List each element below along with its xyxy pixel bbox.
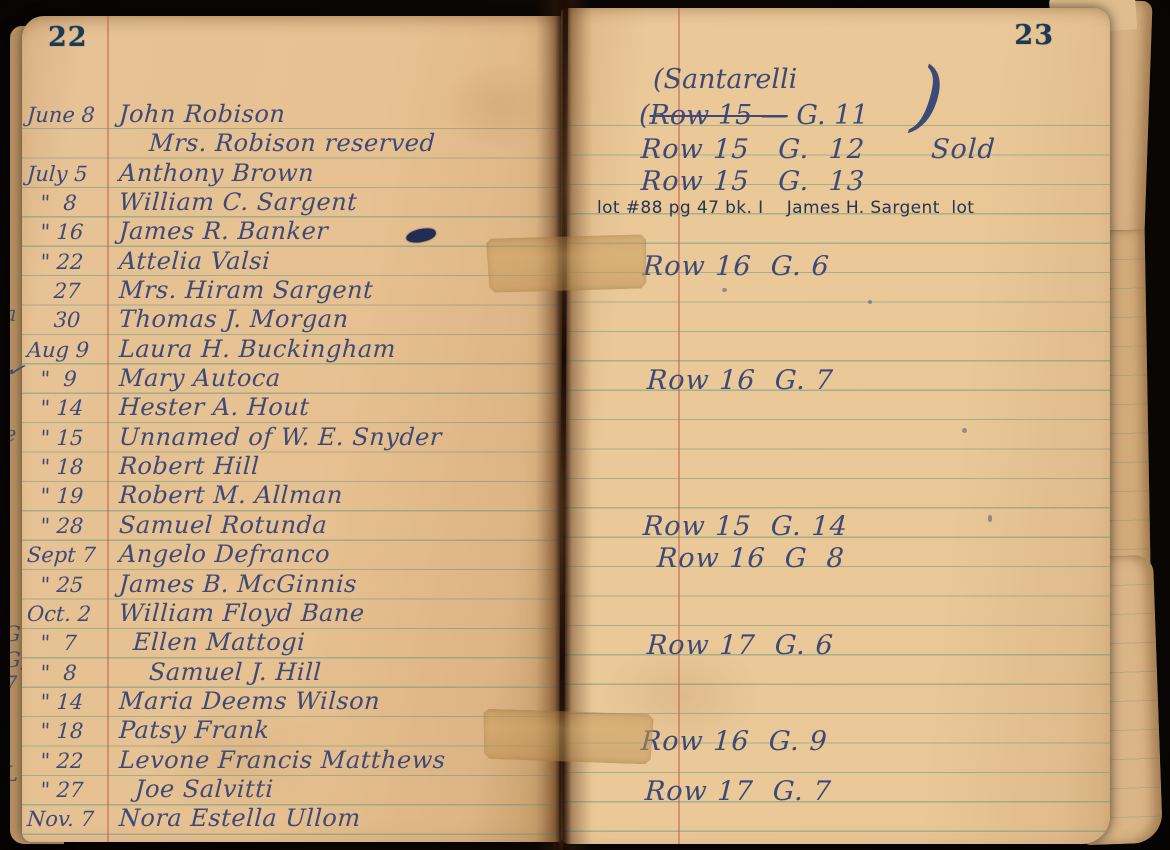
entry-name: Anthony Brown (118, 159, 315, 188)
ledger-row: " 15 Unnamed of W. E. Snyder (22, 423, 561, 452)
edge-fragment: L (10, 762, 18, 786)
ledger-row: " 28 Samuel Rotunda (22, 511, 561, 540)
ledger-row: " 9 Mary Autoca (22, 364, 561, 393)
plot-note: Row 16 G 8 (656, 543, 845, 574)
plot-note-suffix: Sold (930, 134, 996, 165)
entry-name: Thomas J. Morgan (118, 305, 349, 334)
entry-name: Angelo Defranco (118, 540, 331, 569)
entry-name: James B. McGinnis (118, 570, 358, 599)
edge-fragment: e (10, 422, 16, 446)
entry-name: Mrs. Hiram Sargent (118, 276, 374, 305)
ledger-row: " 22 Levone Francis Matthews (22, 746, 561, 775)
entry-date: " 8 (22, 189, 120, 218)
plot-note-text: Row 17 G. 7 (644, 776, 832, 807)
plot-note: Row 15 G. 12Sold (640, 134, 996, 165)
entry-name: Levone Francis Matthews (118, 746, 446, 775)
entry-name: William Floyd Bane (118, 599, 365, 628)
tape-repair-lower (482, 709, 653, 765)
ledger-row: " 19 Robert M. Allman (22, 481, 561, 510)
entry-date: July 5 (22, 160, 120, 189)
entry-date: " 27 (22, 776, 120, 805)
ledger-row: " 18 Patsy Frank (22, 716, 561, 745)
entry-date: Sept 7 (22, 541, 120, 570)
entry-date: " 22 (22, 248, 120, 277)
entry-name: Ellen Mattogi (118, 628, 306, 657)
entry-name: John Robison (118, 100, 286, 129)
ledger-row: " 8 Samuel J. Hill (22, 658, 561, 687)
ledger-row: 30 Thomas J. Morgan (22, 305, 561, 334)
ink-speck (962, 428, 967, 433)
ledger-row: " 25 James B. McGinnis (22, 570, 561, 599)
ink-speck (722, 288, 727, 292)
ink-speck (868, 300, 872, 304)
entry-name: Samuel J. Hill (118, 658, 322, 687)
plot-note: Row 17 G. 6 (646, 630, 834, 661)
entry-date: " 15 (22, 424, 120, 453)
plot-note: Row 16 G. 7 (646, 365, 834, 396)
entry-name: Attelia Valsi (118, 247, 271, 276)
ledger-row: Mrs. Robison reserved (22, 129, 561, 158)
entry-date: " 16 (22, 218, 120, 247)
entry-name: Joe Salvitti (118, 775, 274, 804)
plot-note-text: Row 16 G. 9 (640, 726, 828, 757)
entry-date: Aug 9 (22, 336, 120, 365)
plot-note: Row 15 G. 13 (640, 166, 866, 197)
entry-name: William C. Sargent (118, 188, 358, 217)
plot-note-text: Row 17 G. 6 (646, 630, 834, 661)
plot-note-text: Row 15 G. 13 (640, 166, 866, 197)
entry-date: June 8 (22, 101, 120, 130)
entry-name: Nora Estella Ullom (118, 804, 361, 833)
entry-date: Nov. 7 (22, 805, 120, 834)
entry-date: " 19 (22, 482, 120, 511)
entry-name: Mary Autoca (118, 364, 281, 393)
entry-date: Oct. 2 (22, 600, 120, 629)
open-paren: ( (639, 100, 650, 131)
entry-date: " 18 (22, 717, 120, 746)
entry-name: Mrs. Robison reserved (118, 129, 436, 158)
entry-date: " 18 (22, 453, 120, 482)
entry-date: " 22 (22, 747, 120, 776)
plot-note-text: Row 15 G. 14 (642, 511, 849, 542)
entry-name: Patsy Frank (118, 716, 270, 745)
plot-note-text: Row 16 G 8 (656, 543, 845, 574)
plot-note: Row 16 G. 6 (642, 251, 830, 282)
entry-date: " 25 (22, 571, 120, 600)
plot-note: Row 16 G. 9 (640, 726, 828, 757)
plot-note-text: Row 15 G. 12 (640, 134, 866, 165)
page-number-left: 22 (48, 22, 88, 53)
ledger-row: " 18 Robert Hill (22, 452, 561, 481)
edge-fragment: 7 (10, 672, 17, 696)
page-number-right: 23 (1014, 20, 1054, 51)
ledger-row: June 8 John Robison (22, 100, 561, 129)
plot-note: Row 15 G. 14 (642, 511, 849, 542)
entry-name: Robert Hill (118, 452, 260, 481)
entry-date: 27 (22, 277, 120, 306)
ledger-row: Sept 7 Angelo Defranco (22, 540, 561, 569)
plot-ref: G. 11 (788, 100, 869, 131)
entry-date: " 8 (22, 659, 120, 688)
entry-name: Laura H. Buckingham (118, 335, 396, 364)
ink-speck (988, 515, 992, 522)
ledger-book-scan: a e G G, 7 L 22 June 8 John Robison Mrs.… (0, 0, 1170, 850)
plot-note-text: Row 16 G. 7 (646, 365, 834, 396)
ledger-row: " 8 William C. Sargent (22, 188, 561, 217)
edge-fragment: G (10, 622, 21, 646)
ledger-row: " 7 Ellen Mattogi (22, 628, 561, 657)
entry-name: James R. Banker (118, 217, 329, 246)
entry-name: Samuel Rotunda (118, 511, 328, 540)
entry-date: " 28 (22, 512, 120, 541)
entry-date: " 14 (22, 688, 120, 717)
plot-note-text: Row 16 G. 6 (642, 251, 830, 282)
entry-name: Unnamed of W. E. Snyder (118, 423, 442, 452)
left-page: 22 June 8 John Robison Mrs. Robison rese… (22, 16, 562, 842)
ledger-row: " 22 Attelia Valsi (22, 247, 561, 276)
ledger-row: Aug 9 Laura H. Buckingham (22, 335, 561, 364)
ledger-row: July 5 Anthony Brown (22, 159, 561, 188)
entry-name: Robert M. Allman (118, 481, 343, 510)
entry-date: 30 (22, 306, 120, 335)
ledger-row: " 16 James R. Banker (22, 217, 561, 246)
santarelli-note: (Santarelli (653, 64, 797, 95)
ledger-row: " 14 Hester A. Hout (22, 393, 561, 422)
struck-text: Row 15 — (650, 100, 788, 131)
entry-date: " 9 (22, 365, 120, 394)
ledger-row: " 27 Joe Salvitti (22, 775, 561, 804)
ledger-rows: June 8 John Robison Mrs. Robison reserve… (22, 100, 560, 834)
ledger-row: Oct. 2 William Floyd Bane (22, 599, 561, 628)
lot-cross-reference: lot #88 pg 47 bk. I James H. Sargent lot (597, 198, 974, 218)
ledger-row: Nov. 7 Nora Estella Ullom (22, 804, 561, 833)
edge-fragment: a (10, 302, 17, 326)
entry-date: " 14 (22, 394, 120, 423)
entry-name: Hester A. Hout (118, 393, 310, 422)
tape-repair-upper (486, 233, 648, 294)
plot-note: Row 17 G. 7 (644, 776, 832, 807)
crossed-plot-note: (Row 15 — G. 11 (639, 100, 868, 131)
entry-date: " 7 (22, 629, 120, 658)
ledger-row: 27 Mrs. Hiram Sargent (22, 276, 561, 305)
ledger-row: " 14 Maria Deems Wilson (22, 687, 561, 716)
entry-name: Maria Deems Wilson (118, 687, 381, 716)
